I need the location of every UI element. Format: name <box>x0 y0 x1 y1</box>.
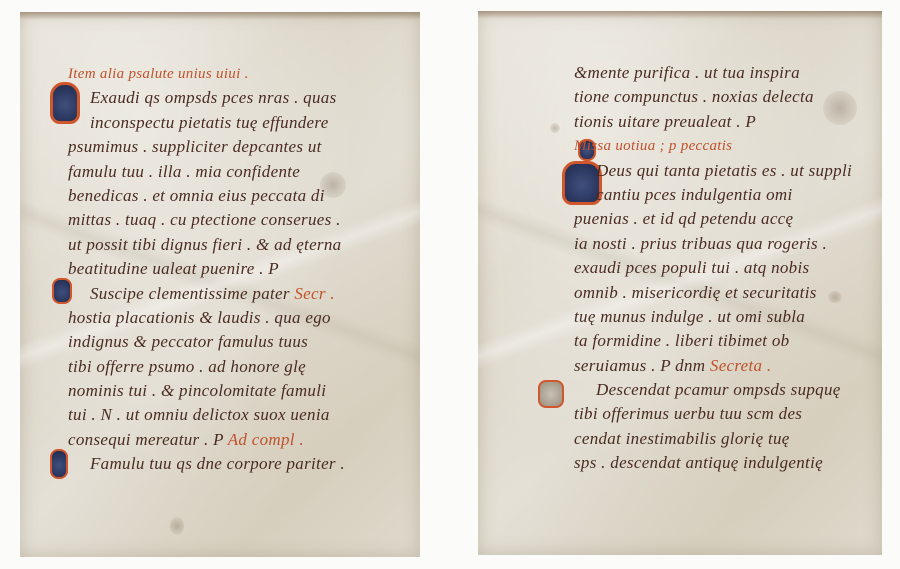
text-line-with-rubric: consequi mereatur . P Ad compl . <box>68 428 345 452</box>
text-line: mittas . tuaq . cu ptectione conserues . <box>68 208 345 232</box>
text-line: Deus qui tanta pietatis es . ut suppli <box>574 159 852 183</box>
text-line: puenias . et id qd petendu accę <box>574 207 852 231</box>
leaf-left-text: Item alia psalute unius uiui . Exaudi qs… <box>68 62 345 477</box>
text-line: hostia placationis & laudis . qua ego <box>68 306 345 330</box>
text-line: Item alia psalute unius uiui . <box>68 62 345 86</box>
text-line: famulu tuu . illa . mia confidente <box>68 160 345 184</box>
text-line: &mente purifica . ut tua inspira <box>574 61 852 85</box>
text-line: cantiu pces indulgentia omi <box>574 183 852 207</box>
text-line: ta formidine . liberi tibimet ob <box>574 329 852 353</box>
text-line: Exaudi qs ompsds pces nras . quas <box>68 86 345 110</box>
text-line: beatitudine ualeat puenire . P <box>68 257 345 281</box>
text-line: Famulu tuu qs dne corpore pariter . <box>68 452 345 476</box>
text-line-rubric-heading: Missa uotiua ; p peccatis <box>574 134 852 158</box>
text-line: exaudi pces populi tui . atq nobis <box>574 256 852 280</box>
text-line: nominis tui . & pincolomitate famuli <box>68 379 345 403</box>
leaf-right-text: &mente purifica . ut tua inspira tione c… <box>574 61 852 476</box>
illuminated-initial-f <box>50 449 68 479</box>
rubric-text: Secr . <box>294 284 335 303</box>
text-line: psumimus . suppliciter depcantes ut <box>68 135 345 159</box>
text-line: inconspectu pietatis tuę effundere <box>68 111 345 135</box>
text-line: ia nosti . prius tribuas qua rogeris . <box>574 232 852 256</box>
text-line: indignus & peccator famulus tuus <box>68 330 345 354</box>
text-line: cendat inestimabilis glorię tuę <box>574 427 852 451</box>
text-line: tibi offerimus uerbu tuu scm des <box>574 402 852 426</box>
text-line: tibi offerre psumo . ad honore glę <box>68 355 345 379</box>
manuscript-leaf-right: &mente purifica . ut tua inspira tione c… <box>478 11 882 555</box>
text-line: tione compunctus . noxias delecta <box>574 85 852 109</box>
rubric-text: Ad compl . <box>228 430 304 449</box>
text-line: benedicas . et omnia eius peccata di <box>68 184 345 208</box>
rubric-text: Secreta . <box>710 356 772 375</box>
text-line: ut possit tibi dignus fieri . & ad ętern… <box>68 233 345 257</box>
text-line: tui . N . ut omniu delictox suox uenia <box>68 403 345 427</box>
ink-stain <box>550 123 560 133</box>
ink-stain <box>170 517 184 535</box>
text-line: tuę munus indulge . ut omi subla <box>574 305 852 329</box>
illuminated-initial-d-secreta <box>538 380 564 408</box>
text-line: tionis uitare preualeat . P <box>574 110 852 134</box>
text-line: sps . descendat antiquę indulgentię <box>574 451 852 475</box>
text-line: Descendat pcamur ompsds supquę <box>574 378 852 402</box>
manuscript-leaf-left: Item alia psalute unius uiui . Exaudi qs… <box>20 12 420 557</box>
text-line-with-rubric: seruiamus . P dnm Secreta . <box>574 354 852 378</box>
text-line: omnib . misericordię et securitatis <box>574 281 852 305</box>
text-line-with-rubric: Suscipe clementissime pater Secr . <box>68 282 345 306</box>
